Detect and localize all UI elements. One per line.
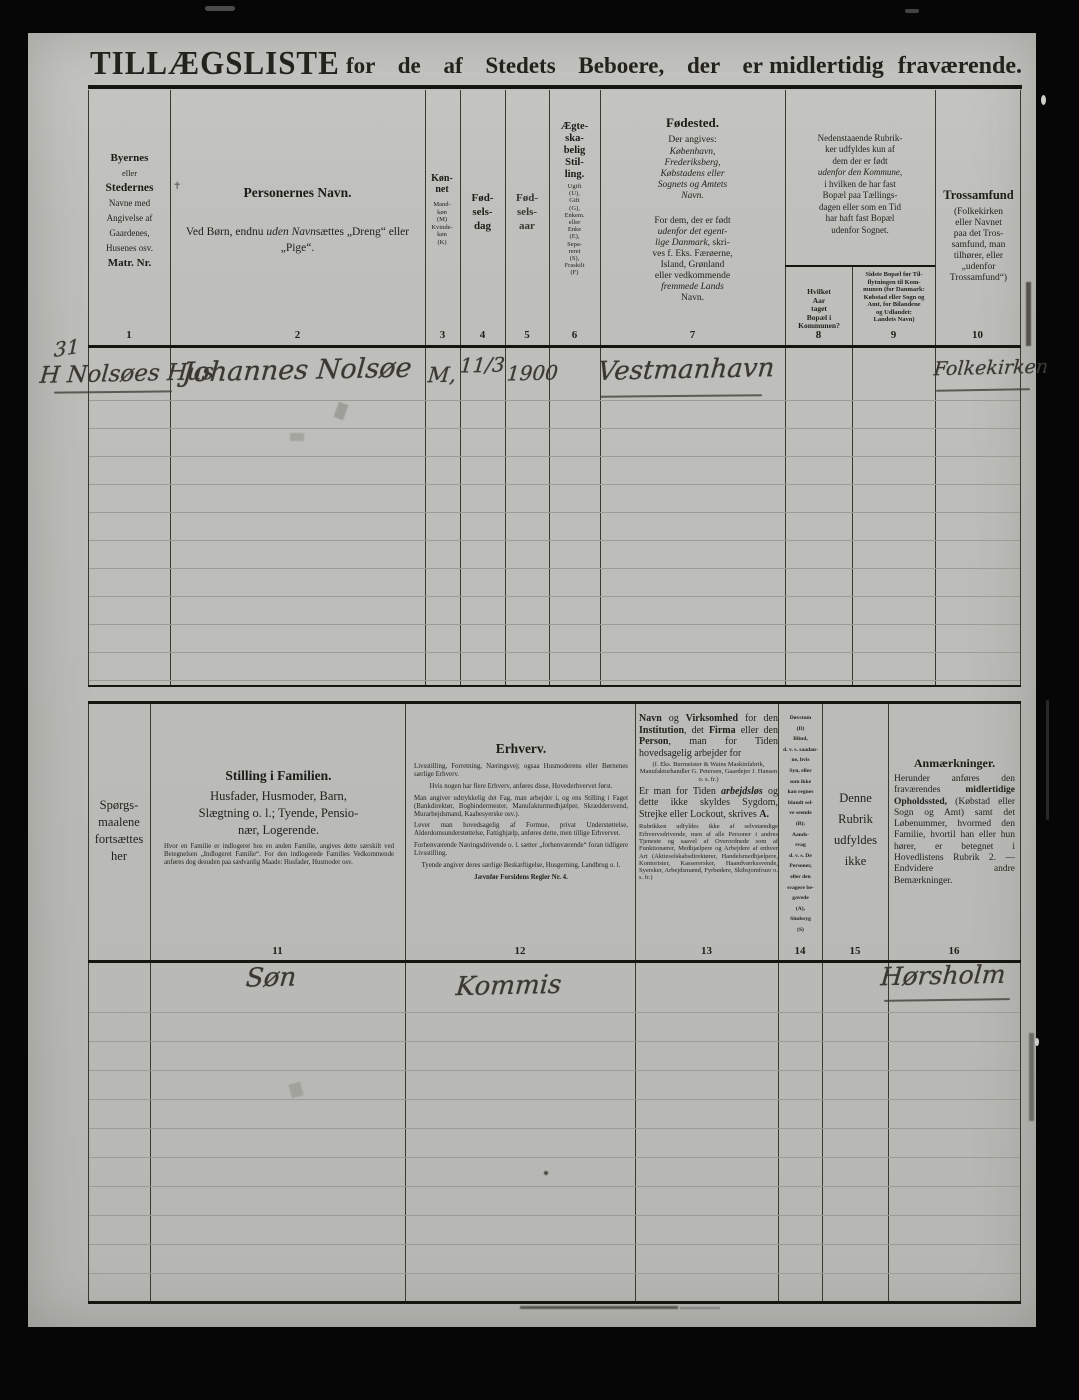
page-title: TILLÆGSLISTE for de af Stedets Beboere, … xyxy=(90,45,1022,81)
col-number-9: 9 xyxy=(852,329,935,341)
col12-paragraph: Lever man hovedsagelig af Formue, privat… xyxy=(414,822,628,838)
column-divider-line xyxy=(88,701,89,1301)
edge-mark xyxy=(1026,282,1031,346)
col16-title: Anmærkninger. xyxy=(889,756,1020,771)
col13-lead-part: Person xyxy=(639,736,668,747)
col7-title: Fødested. xyxy=(602,115,783,131)
col-number-3: 3 xyxy=(425,329,460,341)
handwriting-underline xyxy=(54,390,172,393)
col12-paragraph: Jævnfør Forsidens Regler Nr. 4. xyxy=(414,874,628,882)
row-rule-line xyxy=(89,1186,1020,1187)
row-rule-line xyxy=(89,400,1020,401)
col-number-7: 7 xyxy=(600,329,785,341)
row-rule-line xyxy=(89,652,1020,653)
column-divider-line xyxy=(405,701,406,1301)
col-number-8: 8 xyxy=(785,329,852,341)
col5-header: Fød- sels- aar xyxy=(505,191,549,233)
ink-dot xyxy=(544,1171,548,1175)
row-rule-line xyxy=(89,1157,1020,1158)
col14-header: Døvstum (D) Blind, d. v. s. saadan- ne, … xyxy=(779,713,822,935)
handwritten-plot-number: 31 xyxy=(54,334,80,362)
handwritten-person-name: Johannes Nolsøe xyxy=(181,353,412,389)
row-rule-line xyxy=(89,456,1020,457)
col3-header: Køn- net xyxy=(425,173,459,195)
side-label-questions-continued: Spørgs- maalene fortsættes her xyxy=(88,797,150,865)
table1-numbers-rule xyxy=(88,345,1021,348)
pencil-smudge xyxy=(290,433,304,441)
row-rule-line xyxy=(89,540,1020,541)
col15-header: Denne Rubrik udfyldes ikke xyxy=(823,788,888,872)
col12-paragraph: Hvis nogen har flere Erhverv, anføres di… xyxy=(414,783,628,791)
handwritten-faith: Folkekirken xyxy=(933,356,1049,380)
col8-subheader: Hvilket Aar taget Bopæl i Kommunen? xyxy=(786,288,852,331)
col12-title: Erhverv. xyxy=(407,741,635,757)
col-number-2: 2 xyxy=(170,329,425,341)
col3-subheader: Mand- køn (M) Kvinde- køn (K) xyxy=(425,201,459,246)
column-divider-line xyxy=(852,265,853,685)
col11-fine-print: Hvor en Familie er indlogeret hos en and… xyxy=(164,843,394,866)
col13-lead-part: og xyxy=(662,713,686,724)
col7-p3-text: For dem, der er født xyxy=(654,216,730,226)
row-rule-line xyxy=(89,484,1020,485)
col2-title: Personernes Navn. xyxy=(172,185,423,201)
printer-imprint xyxy=(520,1306,678,1309)
table2-top-rule xyxy=(88,701,1021,704)
col13-mid-part: Er man for Tiden xyxy=(639,786,721,797)
handwritten-birthyear: 1900 xyxy=(506,360,559,385)
col8-9-divider xyxy=(785,265,935,267)
handwriting-underline xyxy=(884,998,1010,1002)
col4-header: Fød- sels- dag xyxy=(460,191,505,233)
table2-bottom-rule xyxy=(88,1301,1021,1304)
col11-subtitle: Husfader, Husmoder, Barn, Slægtning o. l… xyxy=(152,788,405,839)
handwriting-underline xyxy=(936,388,1030,392)
col13-header: Navn og Virksomhed for den Institution, … xyxy=(639,713,778,882)
col1-line: Gaardenes, xyxy=(89,226,170,241)
dust-speck xyxy=(905,9,919,13)
table2-numbers-rule xyxy=(88,960,1021,963)
dust-speck xyxy=(1046,700,1049,820)
col13-lead-part: Virksomhed xyxy=(686,713,738,724)
col-number-10: 10 xyxy=(935,329,1020,341)
handwritten-family-position: Søn xyxy=(245,962,298,993)
pencil-smudge xyxy=(288,1082,303,1099)
handwritten-sex: M, xyxy=(427,363,457,388)
column-divider-line xyxy=(822,701,823,1301)
title-end: midlertidig fraværende. xyxy=(769,53,1022,80)
col-number-15: 15 xyxy=(822,945,888,957)
paper-sheet: TILLÆGSLISTE for de af Stedets Beboere, … xyxy=(28,33,1036,1327)
col2-subtitle: Ved Børn, endnu uden Navnsættes „Dreng“ … xyxy=(172,208,423,256)
row-rule-line xyxy=(89,1244,1020,1245)
col13-mid: Er man for Tiden arbejdsløs og dette ikk… xyxy=(639,786,778,821)
col1-line: Matr. Nr. xyxy=(89,256,170,271)
col-number-11: 11 xyxy=(150,945,405,957)
table1-bottom-rule xyxy=(88,685,1021,687)
col-number-13: 13 xyxy=(635,945,778,957)
col6-subheader: Ugift (U), Gift (G), Enkem. eller Enke (… xyxy=(549,183,600,277)
col13-lead-part: Firma xyxy=(709,725,736,736)
col13-lead-part: for den xyxy=(738,713,778,724)
column-divider-line xyxy=(1020,90,1021,685)
group-text: Nedenstaaende Rubrik- ker udfyldes kun a… xyxy=(818,133,903,166)
col1-line: Byernes xyxy=(89,151,170,166)
dust-speck xyxy=(1035,1038,1039,1046)
title-mid: for de af Stedets Beboere, der er xyxy=(346,53,763,79)
col12-paragraph: Livsstilling, Forretning, Næringsvej; og… xyxy=(414,763,628,779)
col-number-5: 5 xyxy=(505,329,549,341)
group-text: i hvilken de har fast Bopæl paa Tællings… xyxy=(819,179,901,235)
handwritten-remark-place: Hørsholm xyxy=(880,960,1007,992)
col13-mid-bold: A. xyxy=(759,809,769,820)
col2-sub-text: Ved Børn, endnu xyxy=(186,226,267,238)
row-rule-line xyxy=(89,1128,1020,1129)
col-number-16: 16 xyxy=(888,945,1020,957)
col7-p1: Der angives: xyxy=(602,135,783,145)
title-main: TILLÆGSLISTE xyxy=(90,44,340,83)
group-italic: udenfor den Kommune, xyxy=(818,167,902,177)
row-rule-line xyxy=(89,1070,1020,1071)
col-number-14: 14 xyxy=(778,945,822,957)
pencil-smudge xyxy=(334,402,349,420)
title-rule xyxy=(88,85,1022,89)
col16-text: (Købstad eller Sogn og Amt) samt det Løb… xyxy=(894,797,1015,886)
row-rule-line xyxy=(89,428,1020,429)
col-number-1: 1 xyxy=(88,329,170,341)
col-number-6: 6 xyxy=(549,329,600,341)
printer-imprint xyxy=(680,1307,720,1309)
col7-places: København, Frederiksberg, Købstadens ell… xyxy=(602,147,783,202)
col13-mid-italic: arbejdsløs xyxy=(721,786,763,797)
dust-speck xyxy=(1041,95,1046,105)
col1-line: Navne med xyxy=(89,196,170,211)
scanned-census-page: { "title": { "main": "TILLÆGSLISTE", "mi… xyxy=(0,0,1079,1400)
col13-fine2: Rubrikken udfyldes ikke af selvstændige … xyxy=(639,823,778,881)
col13-lead-part: eller den xyxy=(736,725,778,736)
col9-subheader: Sidste Bopæl før Til- flytningen til Kom… xyxy=(853,271,935,324)
col-number-12: 12 xyxy=(405,945,635,957)
row-rule-line xyxy=(89,1099,1020,1100)
row-rule-line xyxy=(89,680,1020,681)
column-divider-line xyxy=(150,701,151,1301)
row-rule-line xyxy=(89,624,1020,625)
handwritten-birthday: 11/3 xyxy=(459,353,506,378)
handwritten-occupation: Kommis xyxy=(455,970,563,1002)
col1-line: Husenes osv. xyxy=(89,241,170,256)
col1-line: Angivelse af xyxy=(89,211,170,226)
col7-p3: For dem, der er født udenfor det egent- … xyxy=(602,205,783,304)
col12-paragraph: Tyende angiver deres særlige Beskæftigel… xyxy=(414,862,628,870)
edge-mark xyxy=(1029,1033,1034,1121)
row-rule-line xyxy=(89,596,1020,597)
row-rule-line xyxy=(89,1215,1020,1216)
col10-title: Trossamfund xyxy=(936,188,1021,203)
col16-body: Herunder anføres den fraværendes midlert… xyxy=(894,774,1015,887)
col12-paragraphs: Livsstilling, Forretning, Næringsvej; og… xyxy=(414,763,628,882)
col-number-4: 4 xyxy=(460,329,505,341)
col10-subheader: (Folkekirken eller Navnet paa det Tros- … xyxy=(936,207,1021,284)
row-rule-line xyxy=(89,1273,1020,1274)
row-rule-line xyxy=(89,512,1020,513)
col6-header: Ægte- ska- belig Stil- ling. xyxy=(549,121,600,181)
col13-lead-part: Navn xyxy=(639,713,662,724)
handwritten-birthplace: Vestmanhavn xyxy=(597,353,776,387)
col13-lead-part: Institution xyxy=(639,725,684,736)
col12-paragraph: Forhenværende Næringsdrivende o. l. sætt… xyxy=(414,842,628,858)
col13-fine1: (f. Eks. Burmeister & Wains Maskinfabrik… xyxy=(639,761,778,783)
row-rule-line xyxy=(89,1041,1020,1042)
col8-9-group-header: Nedenstaaende Rubrik- ker udfyldes kun a… xyxy=(787,121,933,236)
col13-lead-part: , det xyxy=(684,725,709,736)
column-divider-line xyxy=(635,701,636,1301)
col13-lead: Navn og Virksomhed for den Institution, … xyxy=(639,713,778,759)
col7-p3-text: Navn. xyxy=(681,293,704,303)
col1-line: eller xyxy=(89,166,170,181)
col1-line: Stedernes xyxy=(89,181,170,196)
row-rule-line xyxy=(89,1012,1020,1013)
col7-p3-italic: fremmede Lands xyxy=(661,282,724,292)
col1-header: Byernes eller Stedernes Navne med Angive… xyxy=(89,151,170,271)
column-divider-line xyxy=(778,701,779,1301)
col2-sub-italic: uden Navn xyxy=(266,226,316,238)
handwriting-underline xyxy=(600,394,762,397)
column-divider-line xyxy=(1020,701,1021,1301)
dust-speck xyxy=(205,6,235,11)
row-rule-line xyxy=(89,568,1020,569)
column-divider-line xyxy=(888,701,889,1301)
col12-paragraph: Man angiver udtrykkelig det Fag, man arb… xyxy=(414,795,628,819)
col11-title: Stilling i Familien. xyxy=(152,768,405,784)
